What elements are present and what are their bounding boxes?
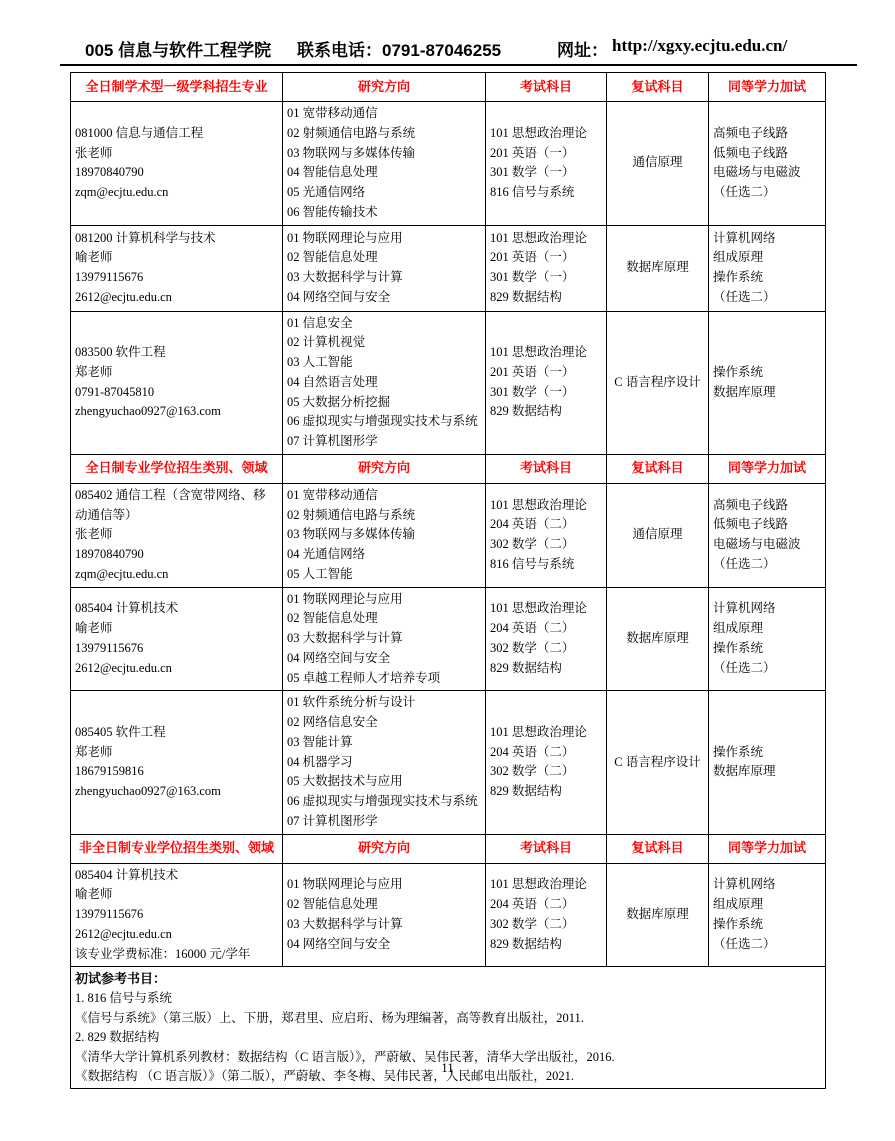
exam-cell-line: 301 数学（一） — [490, 383, 602, 403]
table-row: 081000 信息与通信工程张老师18970840790zqm@ecjtu.ed… — [71, 102, 826, 226]
program-cell-line: 081000 信息与通信工程 — [75, 124, 278, 144]
program-cell-line: 2612@ecjtu.edu.cn — [75, 925, 278, 945]
exam-cell-line: 201 英语（一） — [490, 144, 602, 164]
directions-cell-line: 01 宽带移动通信 — [287, 486, 481, 506]
retest-cell: 数据库原理 — [607, 225, 709, 311]
exam-cell-line: 204 英语（二） — [490, 619, 602, 639]
exam-cell-line: 816 信号与系统 — [490, 183, 602, 203]
extra-cell-line: 操作系统 — [713, 268, 821, 288]
extra-cell-line: 操作系统 — [713, 363, 821, 383]
exam-cell-line: 829 数据结构 — [490, 935, 602, 955]
program-cell-line: 郑老师 — [75, 743, 278, 763]
directions-cell-line: 03 人工智能 — [287, 353, 481, 373]
extra-cell-line: 低频电子线路 — [713, 144, 821, 164]
program-cell: 085405 软件工程郑老师18679159816zhengyuchao0927… — [71, 691, 283, 834]
program-cell-line: 喻老师 — [75, 248, 278, 268]
exam-cell: 101 思想政治理论201 英语（一）301 数学（一）829 数据结构 — [486, 311, 607, 454]
directions-cell-line: 07 计算机图形学 — [287, 812, 481, 832]
section-header-cell: 考试科目 — [486, 834, 607, 863]
program-cell-line: zhengyuchao0927@163.com — [75, 782, 278, 802]
program-cell-line: zhengyuchao0927@163.com — [75, 402, 278, 422]
section-header-cell: 复试科目 — [607, 454, 709, 483]
exam-cell: 101 思想政治理论204 英语（二）302 数学（二）829 数据结构 — [486, 863, 607, 967]
program-cell-line: 喻老师 — [75, 619, 278, 639]
section-header-cell: 全日制专业学位招生类别、领域 — [71, 454, 283, 483]
extra-cell-line: （任选二） — [713, 288, 821, 308]
directions-cell-line: 05 大数据技术与应用 — [287, 772, 481, 792]
exam-cell: 101 思想政治理论204 英语（二）302 数学（二）816 信号与系统 — [486, 483, 607, 587]
exam-cell: 101 思想政治理论204 英语（二）302 数学（二）829 数据结构 — [486, 691, 607, 834]
program-cell-line: 083500 软件工程 — [75, 343, 278, 363]
exam-cell: 101 思想政治理论201 英语（一）301 数学（一）829 数据结构 — [486, 225, 607, 311]
section-header-row: 非全日制专业学位招生类别、领域研究方向考试科目复试科目同等学力加试 — [71, 834, 826, 863]
section-header-cell: 研究方向 — [283, 834, 486, 863]
exam-cell-line: 101 思想政治理论 — [490, 875, 602, 895]
directions-cell-line: 05 大数据分析挖掘 — [287, 393, 481, 413]
page-header: 005 信息与软件工程学院 联系电话：0791-87046255 网址： htt… — [0, 36, 895, 64]
exam-cell-line: 302 数学（二） — [490, 639, 602, 659]
section-header-cell: 研究方向 — [283, 454, 486, 483]
exam-cell-line: 101 思想政治理论 — [490, 343, 602, 363]
exam-cell-line: 829 数据结构 — [490, 402, 602, 422]
exam-cell: 101 思想政治理论201 英语（一）301 数学（一）816 信号与系统 — [486, 102, 607, 226]
section-header-row: 全日制专业学位招生类别、领域研究方向考试科目复试科目同等学力加试 — [71, 454, 826, 483]
extra-cell: 高频电子线路低频电子线路电磁场与电磁波（任选二） — [709, 483, 826, 587]
section-header-cell: 复试科目 — [607, 73, 709, 102]
extra-cell-line: 计算机网络 — [713, 875, 821, 895]
program-cell-line: 喻老师 — [75, 885, 278, 905]
extra-cell-line: 数据库原理 — [713, 383, 821, 403]
extra-cell-line: 操作系统 — [713, 915, 821, 935]
note-line: 《信号与系统》（第三版）上、下册，郑君里、应启珩、杨为理编著，高等教育出版社，2… — [75, 1009, 821, 1028]
exam-cell-line: 301 数学（一） — [490, 163, 602, 183]
directions-cell-line: 01 物联网理论与应用 — [287, 590, 481, 610]
directions-cell-line: 05 光通信网络 — [287, 183, 481, 203]
program-cell-line: 2612@ecjtu.edu.cn — [75, 288, 278, 308]
exam-cell-line: 204 英语（二） — [490, 895, 602, 915]
program-cell-line: 该专业学费标准：16000 元/学年 — [75, 945, 278, 965]
page-number: 11 — [0, 1060, 895, 1076]
extra-cell-line: 计算机网络 — [713, 229, 821, 249]
directions-cell-line: 03 智能计算 — [287, 733, 481, 753]
table-row: 085405 软件工程郑老师18679159816zhengyuchao0927… — [71, 691, 826, 834]
document-page: 005 信息与软件工程学院 联系电话：0791-87046255 网址： htt… — [0, 0, 895, 1141]
admissions-table-body: 全日制学术型一级学科招生专业研究方向考试科目复试科目同等学力加试081000 信… — [71, 73, 826, 1089]
extra-cell-line: 电磁场与电磁波 — [713, 163, 821, 183]
extra-cell-line: 组成原理 — [713, 619, 821, 639]
exam-cell-line: 829 数据结构 — [490, 288, 602, 308]
extra-cell-line: 操作系统 — [713, 743, 821, 763]
extra-cell: 操作系统数据库原理 — [709, 691, 826, 834]
extra-cell-line: 计算机网络 — [713, 599, 821, 619]
extra-cell-line: （任选二） — [713, 659, 821, 679]
extra-cell-line: 组成原理 — [713, 895, 821, 915]
extra-cell-line: 高频电子线路 — [713, 496, 821, 516]
directions-cell-line: 06 虚拟现实与增强现实技术与系统 — [287, 412, 481, 432]
directions-cell: 01 物联网理论与应用02 智能信息处理03 大数据科学与计算04 网络空间与安… — [283, 863, 486, 967]
program-cell-line: 张老师 — [75, 144, 278, 164]
extra-cell-line: 操作系统 — [713, 639, 821, 659]
directions-cell-line: 02 计算机视觉 — [287, 333, 481, 353]
directions-cell-line: 02 射频通信电路与系统 — [287, 506, 481, 526]
extra-cell: 计算机网络组成原理操作系统（任选二） — [709, 863, 826, 967]
exam-cell-line: 101 思想政治理论 — [490, 723, 602, 743]
extra-cell: 操作系统数据库原理 — [709, 311, 826, 454]
retest-cell: 通信原理 — [607, 483, 709, 587]
extra-cell-line: 电磁场与电磁波 — [713, 535, 821, 555]
program-cell-line: 18970840790 — [75, 163, 278, 183]
table-row: 085404 计算机技术喻老师139791156762612@ecjtu.edu… — [71, 587, 826, 691]
program-cell-line: 085404 计算机技术 — [75, 866, 278, 886]
exam-cell-line: 101 思想政治理论 — [490, 124, 602, 144]
retest-cell: 数据库原理 — [607, 863, 709, 967]
directions-cell-line: 03 大数据科学与计算 — [287, 268, 481, 288]
section-header-cell: 同等学力加试 — [709, 834, 826, 863]
header-divider — [60, 64, 857, 66]
program-cell-line: 0791-87045810 — [75, 383, 278, 403]
directions-cell-line: 06 智能传输技术 — [287, 203, 481, 223]
section-header-cell: 研究方向 — [283, 73, 486, 102]
program-cell-line: 18970840790 — [75, 545, 278, 565]
exam-cell-line: 201 英语（一） — [490, 363, 602, 383]
program-cell-line: zqm@ecjtu.edu.cn — [75, 565, 278, 585]
retest-cell: 数据库原理 — [607, 587, 709, 691]
program-cell: 083500 软件工程郑老师0791-87045810zhengyuchao09… — [71, 311, 283, 454]
directions-cell-line: 03 大数据科学与计算 — [287, 915, 481, 935]
directions-cell: 01 信息安全02 计算机视觉03 人工智能04 自然语言处理05 大数据分析挖… — [283, 311, 486, 454]
directions-cell: 01 宽带移动通信02 射频通信电路与系统03 物联网与多媒体传输04 智能信息… — [283, 102, 486, 226]
directions-cell-line: 03 物联网与多媒体传输 — [287, 144, 481, 164]
program-cell: 081200 计算机科学与技术喻老师139791156762612@ecjtu.… — [71, 225, 283, 311]
extra-cell-line: （任选二） — [713, 555, 821, 575]
table-row: 081200 计算机科学与技术喻老师139791156762612@ecjtu.… — [71, 225, 826, 311]
program-cell-line: 085405 软件工程 — [75, 723, 278, 743]
directions-cell-line: 04 自然语言处理 — [287, 373, 481, 393]
section-header-cell: 考试科目 — [486, 454, 607, 483]
extra-cell: 计算机网络组成原理操作系统（任选二） — [709, 225, 826, 311]
section-header-cell: 复试科目 — [607, 834, 709, 863]
exam-cell-line: 101 思想政治理论 — [490, 599, 602, 619]
retest-cell: C 语言程序设计 — [607, 311, 709, 454]
directions-cell-line: 04 光通信网络 — [287, 545, 481, 565]
program-cell-line: 张老师 — [75, 525, 278, 545]
directions-cell-line: 01 信息安全 — [287, 314, 481, 334]
table-row: 085404 计算机技术喻老师139791156762612@ecjtu.edu… — [71, 863, 826, 967]
program-cell-line: 18679159816 — [75, 762, 278, 782]
program-cell-line: 郑老师 — [75, 363, 278, 383]
exam-cell-line: 829 数据结构 — [490, 782, 602, 802]
directions-cell-line: 01 软件系统分析与设计 — [287, 693, 481, 713]
directions-cell-line: 01 物联网理论与应用 — [287, 229, 481, 249]
exam-cell-line: 101 思想政治理论 — [490, 496, 602, 516]
exam-cell-line: 101 思想政治理论 — [490, 229, 602, 249]
extra-cell-line: 组成原理 — [713, 248, 821, 268]
program-cell-line: 13979115676 — [75, 268, 278, 288]
program-cell-line: 13979115676 — [75, 639, 278, 659]
extra-cell-line: 低频电子线路 — [713, 515, 821, 535]
section-header-cell: 非全日制专业学位招生类别、领域 — [71, 834, 283, 863]
retest-cell: 通信原理 — [607, 102, 709, 226]
exam-cell-line: 302 数学（二） — [490, 535, 602, 555]
directions-cell: 01 物联网理论与应用02 智能信息处理03 大数据科学与计算04 网络空间与安… — [283, 587, 486, 691]
program-cell-line: 085402 通信工程（含宽带网络、移动通信等） — [75, 486, 278, 526]
directions-cell-line: 04 网络空间与安全 — [287, 649, 481, 669]
program-cell-line: 081200 计算机科学与技术 — [75, 229, 278, 249]
note-line: 2. 829 数据结构 — [75, 1028, 821, 1047]
program-cell: 085404 计算机技术喻老师139791156762612@ecjtu.edu… — [71, 587, 283, 691]
table-row: 083500 软件工程郑老师0791-87045810zhengyuchao09… — [71, 311, 826, 454]
program-cell: 085402 通信工程（含宽带网络、移动通信等）张老师18970840790zq… — [71, 483, 283, 587]
directions-cell-line: 02 智能信息处理 — [287, 895, 481, 915]
exam-cell-line: 204 英语（二） — [490, 743, 602, 763]
section-header-cell: 同等学力加试 — [709, 73, 826, 102]
directions-cell-line: 01 宽带移动通信 — [287, 104, 481, 124]
section-header-cell: 考试科目 — [486, 73, 607, 102]
directions-cell: 01 宽带移动通信02 射频通信电路与系统03 物联网与多媒体传输04 光通信网… — [283, 483, 486, 587]
directions-cell-line: 01 物联网理论与应用 — [287, 875, 481, 895]
directions-cell-line: 02 智能信息处理 — [287, 248, 481, 268]
directions-cell-line: 05 卓越工程师人才培养专项 — [287, 669, 481, 689]
program-cell-line: 2612@ecjtu.edu.cn — [75, 659, 278, 679]
section-header-cell: 同等学力加试 — [709, 454, 826, 483]
directions-cell: 01 物联网理论与应用02 智能信息处理03 大数据科学与计算04 网络空间与安… — [283, 225, 486, 311]
directions-cell-line: 03 物联网与多媒体传输 — [287, 525, 481, 545]
extra-cell-line: 数据库原理 — [713, 762, 821, 782]
directions-cell-line: 02 网络信息安全 — [287, 713, 481, 733]
extra-cell: 高频电子线路低频电子线路电磁场与电磁波（任选二） — [709, 102, 826, 226]
table-row: 085402 通信工程（含宽带网络、移动通信等）张老师18970840790zq… — [71, 483, 826, 587]
extra-cell-line: 高频电子线路 — [713, 124, 821, 144]
program-cell-line: 13979115676 — [75, 905, 278, 925]
exam-cell-line: 302 数学（二） — [490, 915, 602, 935]
program-cell-line: zqm@ecjtu.edu.cn — [75, 183, 278, 203]
directions-cell-line: 04 智能信息处理 — [287, 163, 481, 183]
section-header-cell: 全日制学术型一级学科招生专业 — [71, 73, 283, 102]
exam-cell-line: 302 数学（二） — [490, 762, 602, 782]
directions-cell-line: 03 大数据科学与计算 — [287, 629, 481, 649]
exam-cell-line: 829 数据结构 — [490, 659, 602, 679]
extra-cell: 计算机网络组成原理操作系统（任选二） — [709, 587, 826, 691]
program-cell: 085404 计算机技术喻老师139791156762612@ecjtu.edu… — [71, 863, 283, 967]
college-title: 005 信息与软件工程学院 — [85, 36, 271, 61]
program-cell-line: 085404 计算机技术 — [75, 599, 278, 619]
exam-cell-line: 204 英语（二） — [490, 515, 602, 535]
exam-cell: 101 思想政治理论204 英语（二）302 数学（二）829 数据结构 — [486, 587, 607, 691]
directions-cell-line: 07 计算机图形学 — [287, 432, 481, 452]
admissions-table: 全日制学术型一级学科招生专业研究方向考试科目复试科目同等学力加试081000 信… — [70, 72, 826, 1089]
directions-cell-line: 02 射频通信电路与系统 — [287, 124, 481, 144]
extra-cell-line: （任选二） — [713, 935, 821, 955]
directions-cell-line: 04 网络空间与安全 — [287, 935, 481, 955]
exam-cell-line: 201 英语（一） — [490, 248, 602, 268]
extra-cell-line: （任选二） — [713, 183, 821, 203]
program-cell: 081000 信息与通信工程张老师18970840790zqm@ecjtu.ed… — [71, 102, 283, 226]
exam-cell-line: 301 数学（一） — [490, 268, 602, 288]
directions-cell-line: 04 机器学习 — [287, 753, 481, 773]
notes-title: 初试参考书目： — [75, 969, 821, 989]
retest-cell: C 语言程序设计 — [607, 691, 709, 834]
directions-cell-line: 04 网络空间与安全 — [287, 288, 481, 308]
website-url: http://xgxy.ecjtu.edu.cn/ — [612, 36, 787, 56]
directions-cell-line: 05 人工智能 — [287, 565, 481, 585]
website-label: 网址： — [557, 36, 608, 61]
section-header-row: 全日制学术型一级学科招生专业研究方向考试科目复试科目同等学力加试 — [71, 73, 826, 102]
note-line: 1. 816 信号与系统 — [75, 989, 821, 1008]
directions-cell-line: 06 虚拟现实与增强现实技术与系统 — [287, 792, 481, 812]
directions-cell-line: 02 智能信息处理 — [287, 609, 481, 629]
exam-cell-line: 816 信号与系统 — [490, 555, 602, 575]
directions-cell: 01 软件系统分析与设计02 网络信息安全03 智能计算04 机器学习05 大数… — [283, 691, 486, 834]
contact-phone: 联系电话：0791-87046255 — [297, 36, 501, 61]
